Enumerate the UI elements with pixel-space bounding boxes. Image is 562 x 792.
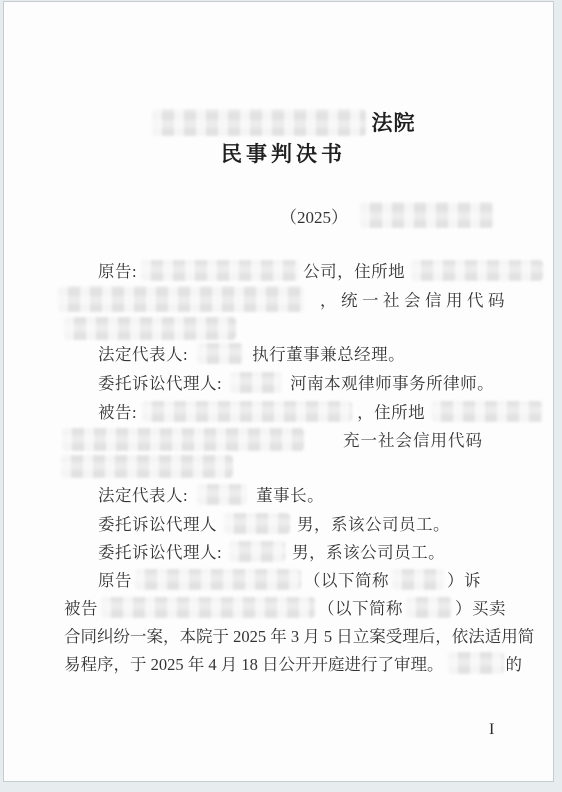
judgment-page: 法院 民事判决书 （2025） 原告: 公司，住所地 ，统一社会信用代码 法定代… — [3, 1, 554, 782]
legal-rep-title-1: 执行董事兼总经理。 — [252, 341, 405, 365]
court-suffix: 法院 — [372, 107, 416, 137]
agent-line-1: 委托诉讼代理人: 河南本观律师事务所律师。 — [64, 370, 543, 394]
redaction-court-name — [152, 109, 366, 136]
agent-desc-1: 河南本观律师事务所律师。 — [290, 370, 494, 394]
redaction-case-number — [360, 202, 494, 228]
agent-desc-3: 男，系该公司员工。 — [292, 539, 445, 563]
abbrev-open-2: （以下简称 — [318, 595, 403, 619]
redaction-credit-code-2 — [61, 455, 233, 478]
abbrev-open-1: （以下简称 — [304, 567, 389, 591]
agent-line-3: 委托诉讼代理人: 男，系该公司员工。 — [64, 539, 543, 563]
agent-desc-2: 男，系该公司员工。 — [297, 511, 450, 535]
credit-code-value-line-1 — [64, 316, 509, 340]
redaction-legal-rep-name-1 — [197, 343, 243, 364]
para-plaintiff: 原告 — [98, 567, 132, 591]
defendant-suffix: ，住所地 — [357, 399, 425, 423]
redaction-address-continued — [58, 286, 304, 312]
plaintiff-suffix: 公司，住所地 — [303, 258, 405, 282]
legal-rep-label-1: 法定代表人: — [98, 341, 188, 365]
redaction-credit-code-1 — [64, 317, 236, 340]
redaction-address-continued-2 — [62, 428, 304, 451]
plaintiff-line: 原告: 公司，住所地 — [64, 258, 543, 282]
para-defendant: 被告 — [64, 595, 98, 619]
redaction-plaintiff-abbrev — [392, 569, 444, 590]
agent-label-2: 委托诉讼代理人 — [98, 511, 217, 535]
redaction-defendant-abbrev — [406, 597, 452, 618]
credit-code-text-1: ，统一社会信用代码 — [320, 287, 509, 311]
paragraph-line-2: 被告 （以下简称 ）买卖 — [64, 595, 509, 619]
abbrev-close-2: ）买卖 — [455, 595, 506, 619]
legal-rep-label-2: 法定代表人: — [98, 482, 188, 506]
redaction-agent-name-2 — [224, 513, 290, 534]
redaction-agent-name-3 — [229, 541, 285, 562]
plaintiff-label: 原告: — [98, 258, 137, 282]
page-number: I — [489, 721, 494, 739]
redaction-legal-rep-name-2 — [197, 484, 247, 505]
redaction-defendant-address — [431, 401, 543, 422]
agent-label-3: 委托诉讼代理人: — [98, 539, 222, 563]
redaction-agent-name-1 — [230, 372, 282, 393]
agent-line-2: 委托诉讼代理人 男，系该公司员工。 — [64, 511, 543, 535]
redaction-defendant-name — [142, 401, 352, 422]
defendant-label: 被告: — [98, 399, 137, 423]
abbrev-close-1: ）诉 — [447, 567, 481, 591]
credit-code-line-1: ，统一社会信用代码 — [64, 287, 509, 311]
paragraph-line-4: 易程序，于 2025 年 4 月 18 日公开开庭进行了审理。 的 — [64, 651, 509, 675]
paragraph-line-1: 原告 （以下简称 ）诉 — [64, 567, 543, 591]
legal-rep-line-1: 法定代表人: 执行董事兼总经理。 — [64, 341, 543, 365]
defendant-line: 被告: ，住所地 — [64, 399, 543, 423]
redaction-plaintiff-fullname — [135, 569, 301, 590]
para-tail: 的 — [506, 651, 523, 675]
credit-code-text-2: 充一社会信用代码 — [343, 427, 483, 451]
redaction-plaintiff-address — [411, 260, 543, 281]
document-title: 民事判决书 — [61, 140, 506, 166]
agent-label-1: 委托诉讼代理人: — [98, 370, 222, 394]
legal-rep-title-2: 董事长。 — [256, 482, 324, 506]
court-name-line: 法院 — [61, 106, 506, 138]
redaction-plaintiff-name — [141, 260, 299, 281]
legal-rep-line-2: 法定代表人: 董事长。 — [64, 482, 543, 506]
redaction-defendant-fullname — [101, 597, 315, 618]
credit-code-line-2: 充一社会信用代码 — [64, 427, 509, 451]
redaction-party-name-tail — [448, 652, 504, 674]
credit-code-value-line-2 — [64, 454, 509, 478]
case-year: （2025） — [280, 203, 348, 228]
case-number-line: （2025） — [61, 200, 506, 230]
paragraph-line-3: 合同纠纷一案，本院于 2025 年 3 月 5 日立案受理后，依法适用简 — [64, 623, 509, 647]
